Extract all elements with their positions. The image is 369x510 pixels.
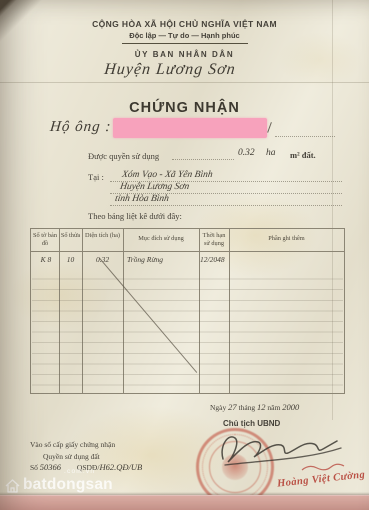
- grant-label: Được quyền sử dụng: [88, 151, 159, 161]
- table-row-cell: Trồng Rừng: [127, 255, 203, 264]
- official-red-stamp: [196, 428, 274, 506]
- stamp-emblem: [222, 454, 248, 480]
- area-unit-printed: m² đất.: [290, 150, 316, 160]
- holder-dotted-line: [275, 135, 335, 137]
- table-column-line: [199, 229, 200, 393]
- table-intro: Theo bảng liệt kê dưới đây:: [88, 211, 182, 221]
- signer-name-stamp: Hoàng Việt Cường: [277, 469, 366, 489]
- issuer-title: ỦY BAN NHÂN DÂN: [0, 50, 369, 59]
- signature-ink: [213, 429, 345, 475]
- table-column-line: [123, 229, 124, 393]
- signer-title: Chủ tịch UBND: [223, 419, 280, 428]
- issuer-handwritten: Huyện Lương Sơn: [0, 61, 341, 79]
- table-column-line: [229, 229, 230, 393]
- register-number-label: Số: [30, 463, 38, 472]
- table-header-cell: Phần ghi thêm: [229, 235, 344, 243]
- national-motto: Độc lập — Tự do — Hạnh phúc: [0, 31, 369, 40]
- date-year-value: 2000: [282, 402, 299, 412]
- watermark-brand: batdongsan: [23, 476, 113, 494]
- holder-label: Hộ ông :: [49, 119, 112, 136]
- stamp-inner-ring: [209, 441, 261, 493]
- area-unit-handwritten: ha: [266, 148, 276, 158]
- table-header-cell: Diện tích (ha): [82, 232, 123, 240]
- land-parcel-table: Số tờ bản đồ Số thửa Diện tích (ha) Mục …: [30, 228, 345, 394]
- register-line-1: Vào sổ cấp giấy chứng nhận: [30, 440, 115, 449]
- address-line-3: tỉnh Hòa Bình: [114, 194, 169, 204]
- redacted-name-overlay: [113, 118, 267, 138]
- house-icon: [4, 477, 21, 494]
- table-row-cell: 10: [59, 255, 82, 264]
- document-photo: CỘNG HÒA XÃ HỘI CHỦ NGHĨA VIỆT NAM Độc l…: [0, 0, 369, 510]
- table-header-cell: Mục đích sử dụng: [123, 235, 199, 243]
- paper-edge-shadow: [0, 492, 369, 495]
- date-month-value: 12: [257, 402, 266, 412]
- address-line-1: Xóm Vạo - Xã Yên Bình: [121, 170, 213, 180]
- at-label: Tại :: [88, 172, 104, 182]
- address-line-2: Huyện Lương Sơn: [119, 182, 190, 192]
- date-year-label: năm: [267, 403, 280, 412]
- stamp-outer-ring: [196, 428, 274, 506]
- table-header-cell: Số thửa: [59, 232, 82, 240]
- table-header-separator: [31, 251, 344, 252]
- fold-crease-horizontal: [0, 82, 369, 83]
- table-row-cell: 12/2048: [200, 255, 240, 264]
- issue-date-line: Ngày 27 tháng 12 năm 2000: [210, 402, 299, 412]
- table-header-cell: Số tờ bản đồ: [31, 232, 59, 248]
- register-code-value: H62.QĐ/UB: [99, 462, 142, 472]
- table-row-cell: K 8: [33, 255, 59, 264]
- national-title: CỘNG HÒA XÃ HỘI CHỦ NGHĨA VIỆT NAM: [0, 19, 369, 29]
- register-number-value: 50366: [40, 462, 61, 472]
- background-surface-strip: [0, 495, 369, 510]
- table-column-line: [59, 229, 60, 393]
- stamp-text-ring: [202, 434, 268, 500]
- motto-rule: [122, 43, 248, 44]
- table-header-cell: Thời hạn sử dụng: [199, 232, 229, 248]
- grant-dotted-line: [172, 158, 234, 160]
- area-value-handwritten: 0.32: [238, 148, 255, 158]
- date-day-value: 27: [228, 402, 237, 412]
- register-line-2: Quyền sử dụng đất: [43, 452, 100, 461]
- address-dotted-line-3: [110, 204, 342, 206]
- table-empty-rows: [32, 269, 343, 392]
- date-day-label: Ngày: [210, 403, 226, 412]
- register-number-line: Số 50366 QSDĐ/H62.QĐ/UB: [30, 462, 142, 472]
- date-month-label: tháng: [239, 403, 256, 412]
- register-code-label: QSDĐ/: [77, 463, 100, 472]
- table-column-line: [82, 229, 83, 393]
- certificate-title: CHỨNG NHẬN: [0, 100, 369, 116]
- table-row-cell: 0.32: [82, 255, 123, 264]
- pen-tick-mark: [267, 122, 272, 133]
